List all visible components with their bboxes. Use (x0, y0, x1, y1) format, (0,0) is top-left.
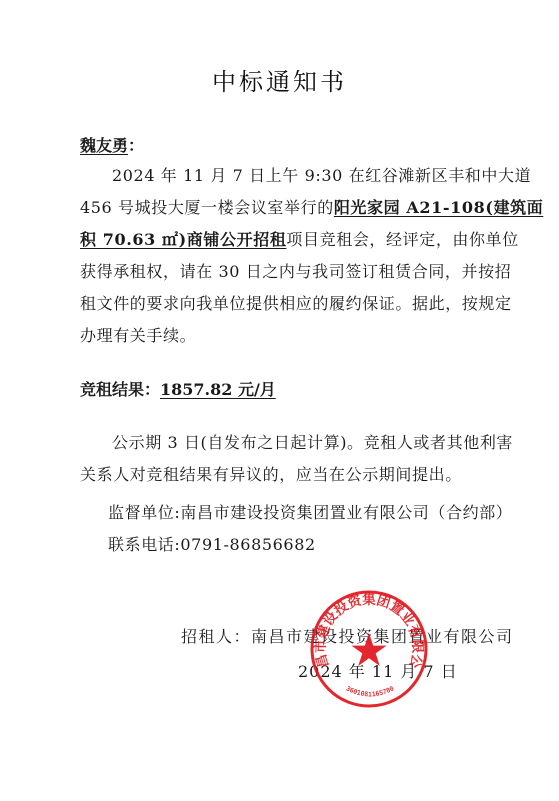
paragraph1-line6: 办理有关手续。 (80, 326, 196, 346)
paragraph2-line1: 公示期 3 日(自发布之日起计算)。竞租人或者其他利害 (112, 433, 513, 453)
paragraph1-line1: 2024 年 11 月 7 日上午 9:30 在红谷滩新区丰和中大道 (112, 166, 531, 186)
bid-result: 竞租结果：1857.82 元/月 (80, 377, 286, 400)
property-name: 阳光家园 A21-108(建筑面 (334, 198, 543, 217)
paragraph1-line5: 租文件的要求向我单位提供相应的履约保证。据此，按规定 (80, 294, 512, 314)
official-seal-icon: 南昌市建设投资集团置业有限公司 3601081165780 (309, 589, 429, 709)
paragraph1-line4: 获得承租权，请在 30 日之内与我司签订租赁合同，并按招 (80, 262, 511, 282)
document-title: 中标通知书 (0, 62, 559, 97)
addressee-colon: ： (128, 136, 144, 155)
bid-result-label: 竞租结果： (80, 380, 160, 399)
addressee: 魏友勇： (80, 133, 144, 156)
signature-date: 2024 年 11 月 7 日 (298, 662, 458, 682)
svg-text:3601081165780: 3601081165780 (345, 684, 396, 698)
supervisor-unit: 监督单位:南昌市建设投资集团置业有限公司（合约部） (108, 503, 512, 523)
property-name-cont: 积 70.63 ㎡)商铺公开招租 (80, 230, 286, 249)
contact-phone: 联系电话:0791-86856682 (108, 535, 316, 555)
paragraph1-line2: 456 号城投大厦一楼会议室举行的阳光家园 A21-108(建筑面 (80, 198, 543, 218)
bid-result-value: 1857.82 元/月 (160, 380, 286, 399)
paragraph1-line2-text: 456 号城投大厦一楼会议室举行的 (80, 198, 334, 217)
paragraph1-line3: 积 70.63 ㎡)商铺公开招租项目竞租会，经评定，由你单位 (80, 230, 519, 250)
seal-code: 3601081165780 (345, 684, 396, 698)
paragraph2-line2: 关系人对竞租结果有异议的，应当在公示期间提出。 (80, 465, 462, 485)
paragraph1-line3-text: 项目竞租会，经评定，由你单位 (286, 230, 518, 249)
signatory: 招租人：南昌市建设投资集团置业有限公司 (181, 627, 514, 647)
addressee-name: 魏友勇 (80, 136, 128, 155)
